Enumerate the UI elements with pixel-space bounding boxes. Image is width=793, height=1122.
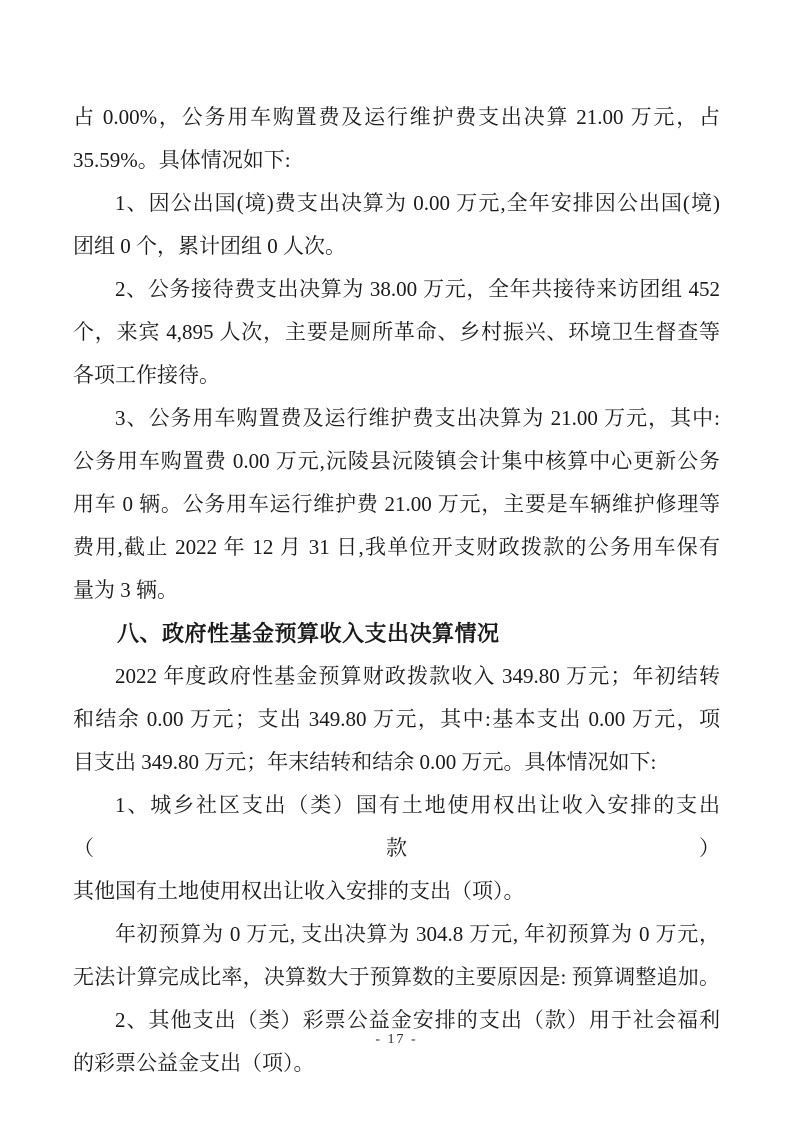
text-line: 35.59%。具体情况如下: (73, 139, 720, 182)
text-line: 费用,截止 2022 年 12 月 31 日,我单位开支财政拨款的公务用车保有 (73, 526, 720, 569)
document-text-block: 占 0.00%，公务用车购置费及运行维护费支出决算 21.00 万元，占 35.… (73, 96, 720, 1085)
text-line: 年初预算为 0 万元, 支出决算为 304.8 万元, 年初预算为 0 万元， (73, 913, 720, 956)
text-line: 1、因公出国(境)费支出决算为 0.00 万元,全年安排因公出国(境) (73, 182, 720, 225)
text-line: 2、公务接待费支出决算为 38.00 万元，全年共接待来访团组 452 (73, 268, 720, 311)
text-line: 3、公务用车购置费及运行维护费支出决算为 21.00 万元，其中: (73, 397, 720, 440)
text-line: 团组 0 个，累计团组 0 人次。 (73, 225, 720, 268)
text-line: 的彩票公益金支出（项）。 (73, 1042, 720, 1085)
text-line: 和结余 0.00 万元；支出 349.80 万元，其中:基本支出 0.00 万元… (73, 698, 720, 741)
section-heading: 八、政府性基金预算收入支出决算情况 (73, 612, 720, 655)
text-line: 公务用车购置费 0.00 万元,沅陵县沅陵镇会计集中核算中心更新公务 (73, 440, 720, 483)
text-line: 2022 年度政府性基金预算财政拨款收入 349.80 万元；年初结转 (73, 655, 720, 698)
text-line: 量为 3 辆。 (73, 569, 720, 612)
text-line: 用车 0 辆。公务用车运行维护费 21.00 万元，主要是车辆维护修理等 (73, 483, 720, 526)
text-line: 各项工作接待。 (73, 354, 720, 397)
text-line: 占 0.00%，公务用车购置费及运行维护费支出决算 21.00 万元，占 (73, 96, 720, 139)
text-line: 其他国有土地使用权出让收入安排的支出（项）。 (73, 870, 720, 913)
text-line: 个，来宾 4,895 人次，主要是厕所革命、乡村振兴、环境卫生督查等 (73, 311, 720, 354)
page-number: - 17 - (0, 1032, 793, 1048)
text-line: 1、城乡社区支出（类）国有土地使用权出让收入安排的支出（款） (73, 784, 720, 870)
text-line: 无法计算完成比率，决算数大于预算数的主要原因是: 预算调整追加。 (73, 956, 720, 999)
document-page: 占 0.00%，公务用车购置费及运行维护费支出决算 21.00 万元，占 35.… (0, 0, 793, 1122)
text-line: 目支出 349.80 万元；年末结转和结余 0.00 万元。具体情况如下: (73, 741, 720, 784)
